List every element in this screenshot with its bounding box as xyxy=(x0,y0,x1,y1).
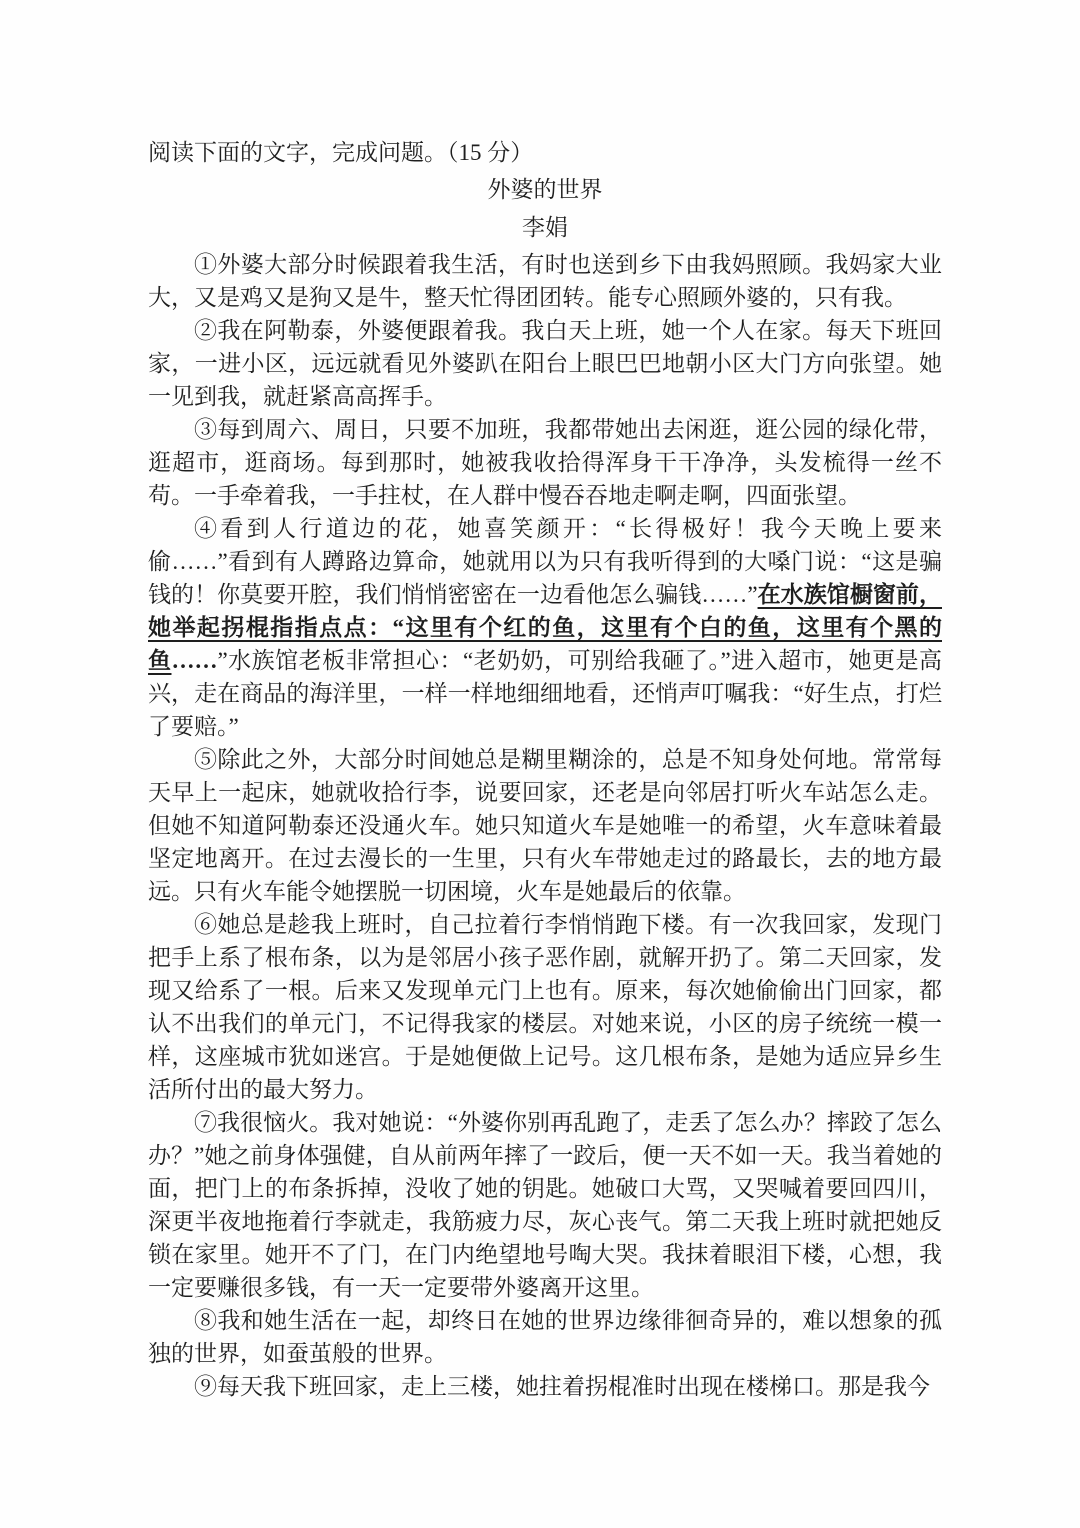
paragraph-4: ④看到人行道边的花，她喜笑颜开：“长得极好！我今天晚上要来偷……”看到有人蹲路边… xyxy=(148,512,942,743)
passage-author: 李娟 xyxy=(148,211,942,244)
paragraph-5: ⑤除此之外，大部分时间她总是糊里糊涂的，总是不知身处何地。常常每天早上一起床，她… xyxy=(148,743,942,908)
exam-instruction: 阅读下面的文字，完成问题。（15 分） xyxy=(148,136,942,169)
paragraph-7: ⑦我很恼火。我对她说：“外婆你别再乱跑了，走丢了怎么办？摔跤了怎么办？”她之前身… xyxy=(148,1106,942,1304)
paragraph-4-bold-ellipsis: …… xyxy=(171,648,217,673)
paragraph-3: ③每到周六、周日，只要不加班，我都带她出去闲逛，逛公园的绿化带，逛超市，逛商场。… xyxy=(148,413,942,512)
paragraph-5-text: ⑤除此之外，大部分时间她总是糊里糊涂的，总是不知身处何地。常常每天早上一起床，她… xyxy=(148,747,942,904)
paragraph-2: ②我在阿勒泰，外婆便跟着我。我白天上班，她一个人在家。每天下班回家，一进小区，远… xyxy=(148,314,942,413)
paragraph-1: ①外婆大部分时候跟着我生活，有时也送到乡下由我妈照顾。我妈家大业大，又是鸡又是狗… xyxy=(148,248,942,314)
paragraph-9: ⑨每天我下班回家，走上三楼，她拄着拐棍准时出现在楼梯口。那是我今 xyxy=(148,1370,942,1403)
passage-title: 外婆的世界 xyxy=(148,173,942,206)
reading-passage: 阅读下面的文字，完成问题。（15 分） 外婆的世界 李娟 ①外婆大部分时候跟着我… xyxy=(148,136,942,1403)
paragraph-7-text: ⑦我很恼火。我对她说：“外婆你别再乱跑了，走丢了怎么办？摔跤了怎么办？”她之前身… xyxy=(148,1110,942,1300)
paragraph-9-text: ⑨每天我下班回家，走上三楼，她拄着拐棍准时出现在楼梯口。那是我今 xyxy=(194,1374,930,1399)
document-page: 阅读下面的文字，完成问题。（15 分） 外婆的世界 李娟 ①外婆大部分时候跟着我… xyxy=(0,0,1080,1528)
paragraph-3-text: ③每到周六、周日，只要不加班，我都带她出去闲逛，逛公园的绿化带，逛超市，逛商场。… xyxy=(148,417,942,508)
paragraph-4-text-tail: ”水族馆老板非常担心：“老奶奶，可别给我砸了。”进入超市，她更是高兴，走在商品的… xyxy=(148,648,942,739)
paragraph-8: ⑧我和她生活在一起，却终日在她的世界边缘徘徊奇异的，难以想象的孤独的世界，如蚕茧… xyxy=(148,1304,942,1370)
paragraph-2-text: ②我在阿勒泰，外婆便跟着我。我白天上班，她一个人在家。每天下班回家，一进小区，远… xyxy=(148,318,942,409)
paragraph-6-text: ⑥她总是趁我上班时，自己拉着行李悄悄跑下楼。有一次我回家，发现门把手上系了根布条… xyxy=(148,912,942,1102)
paragraph-8-text: ⑧我和她生活在一起，却终日在她的世界边缘徘徊奇异的，难以想象的孤独的世界，如蚕茧… xyxy=(148,1308,942,1366)
paragraph-1-text: ①外婆大部分时候跟着我生活，有时也送到乡下由我妈照顾。我妈家大业大，又是鸡又是狗… xyxy=(148,252,942,310)
paragraph-6: ⑥她总是趁我上班时，自己拉着行李悄悄跑下楼。有一次我回家，发现门把手上系了根布条… xyxy=(148,908,942,1106)
